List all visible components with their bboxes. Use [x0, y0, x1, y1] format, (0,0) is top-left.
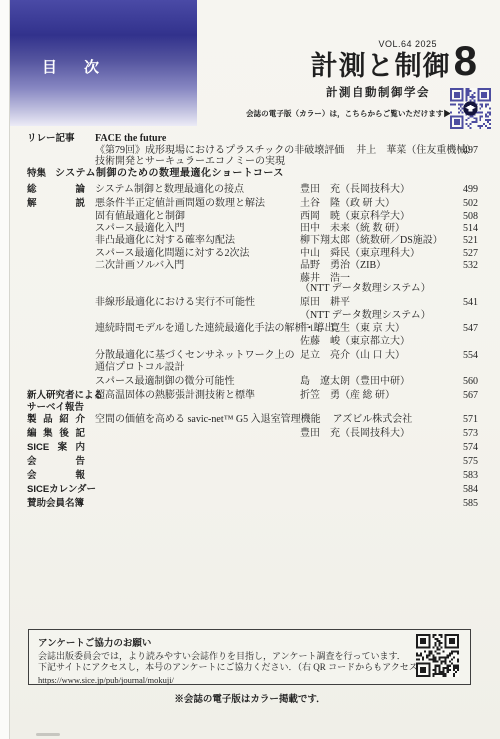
- page-number: 497: [463, 145, 478, 156]
- scan-smudge: [36, 733, 60, 736]
- journal-title: 計測と制御: [311, 44, 451, 83]
- toc-line: 非凸最適化に対する確率勾配法柳下翔太郎（統数研／DS施設）521: [20, 230, 478, 242]
- publisher-name: 計測自動制御学会: [326, 84, 430, 100]
- toc-entry: 会告575: [20, 451, 478, 463]
- toc-line: （NTT データ数理システム）: [20, 278, 478, 289]
- toc-list: リレー記事FACE the future《第79回》成形現場におけるプラスチック…: [20, 128, 478, 507]
- journal-title-block: 計測と制御 8: [311, 44, 477, 83]
- toc-line: スパース最適化入門田中 未来（統 数 研）514: [20, 218, 478, 230]
- article-title: 超高温固体の熱膨張計測技術と標準: [95, 390, 255, 401]
- section-label: 特集: [27, 165, 46, 179]
- toc-line: 分散最適化に基づくセンサネットワーク上の足立 亮介（山 口 大）554: [20, 345, 478, 357]
- toc-title: 目 次: [42, 56, 105, 77]
- toc-line: 特集システム制御のための数理最適化ショートコース: [20, 164, 478, 176]
- article-author: 折笠 勇（産 総 研）: [300, 390, 395, 401]
- toc-entry: 総論システム制御と数理最適化の接点豊田 充（長岡技科大）499: [20, 179, 478, 191]
- eversion-note: 会誌の電子版（カラー）は，こちらからご覧いただけます▶: [246, 108, 451, 119]
- article-title: 空間の価値を高める savic-net™ G5 入退室管理機能: [95, 410, 321, 425]
- toc-line: 会告575: [20, 451, 478, 463]
- toc-entry: リレー記事FACE the future《第79回》成形現場におけるプラスチック…: [20, 128, 478, 162]
- journal-toc-page: 目 次 VOL.64 2025 計測と制御 8 計測自動制御学会 会誌の電子版（…: [0, 0, 500, 739]
- page-number: 585: [463, 498, 478, 509]
- article-author: 豊田 充（長岡技科大）: [300, 428, 410, 439]
- toc-line: スパース最適化問題に対する2次法中山 舜民（東京理科大）527: [20, 243, 478, 255]
- toc-line: 賛助会員名簿585: [20, 493, 478, 505]
- toc-header-box: 目 次: [10, 0, 197, 126]
- toc-line: 二次計画ソルバ入門品野 勇治（ZIB）532: [20, 255, 478, 267]
- scan-edge-strip: [0, 0, 10, 739]
- survey-box-line-2: 下記サイトにアクセスし，本号のアンケートにご協力ください．（右 QR コードから…: [38, 662, 408, 673]
- survey-box-line-1: 会誌出版委員会では，より読みやすい会誌作りを目指し，アンケート調査を行っています…: [38, 651, 408, 662]
- page-number: 532: [463, 260, 478, 271]
- toc-line: リレー記事FACE the future: [20, 128, 478, 140]
- qr-code-icon: [416, 634, 459, 677]
- toc-entry: 製品紹介空間の価値を高める savic-net™ G5 入退室管理機能アズビル株…: [20, 409, 478, 421]
- toc-line: SICEカレンダー584: [20, 479, 478, 491]
- toc-entry: 賛助会員名簿585: [20, 493, 478, 505]
- issue-number: 8: [454, 44, 477, 78]
- toc-line: 製品紹介空間の価値を高める savic-net™ G5 入退室管理機能アズビル株…: [20, 409, 478, 421]
- article-author: 足立 亮介（山 口 大）: [300, 350, 405, 361]
- survey-box: アンケートご協力のお願い 会誌出版委員会では，より読みやすい会誌作りを目指し，ア…: [28, 629, 471, 685]
- article-title: 連続時間モデルを通した連続最適化手法の解析・導出: [95, 323, 335, 334]
- page-number: 547: [463, 323, 478, 334]
- toc-entry: 特集システム制御のための数理最適化ショートコース: [20, 164, 478, 176]
- section-label: 解説: [27, 195, 85, 209]
- toc-entry: 解説悪条件半正定値計画問題の数理と解法土谷 隆（政 研 大）502固有値最適化と…: [20, 193, 478, 383]
- toc-line: 連続時間モデルを通した連続最適化手法の解析・導出牛山 寛生（東 京 大）547: [20, 318, 478, 330]
- toc-line: 新人研究者による超高温固体の熱膨張計測技術と標準折笠 勇（産 総 研）567: [20, 385, 478, 397]
- survey-url: https://www.sice.jp/pub/journal/mokuji/: [38, 675, 408, 685]
- article-title: 非線形最適化における実行不可能性: [95, 297, 255, 308]
- toc-entry: 会報583: [20, 465, 478, 477]
- survey-box-title: アンケートご協力のお願い: [38, 635, 408, 649]
- toc-entry: SICEカレンダー584: [20, 479, 478, 491]
- section-label: 賛助会員名簿: [27, 498, 84, 509]
- toc-line: 解説悪条件半正定値計画問題の数理と解法土谷 隆（政 研 大）502: [20, 193, 478, 205]
- qr-code-icon: [450, 88, 491, 129]
- toc-line: 非線形最適化における実行不可能性原田 耕平541: [20, 292, 478, 304]
- toc-entry: 新人研究者による超高温固体の熱膨張計測技術と標準折笠 勇（産 総 研）567サー…: [20, 385, 478, 408]
- toc-line: スパース最適制御の微分可能性島 遼太朗（豊田中研）560: [20, 371, 478, 383]
- page-number: 567: [463, 390, 478, 401]
- feature-title: システム制御のための数理最適化ショートコース: [55, 164, 284, 179]
- article-title: 二次計画ソルバ入門: [95, 260, 184, 271]
- toc-line: 会報583: [20, 465, 478, 477]
- eversion-color-note: ※会誌の電子版はカラー掲載です．: [0, 691, 500, 705]
- toc-line: 総論システム制御と数理最適化の接点豊田 充（長岡技科大）499: [20, 179, 478, 191]
- page-number: 541: [463, 297, 478, 308]
- section-label: リレー記事: [27, 133, 75, 144]
- page-number: 554: [463, 350, 478, 361]
